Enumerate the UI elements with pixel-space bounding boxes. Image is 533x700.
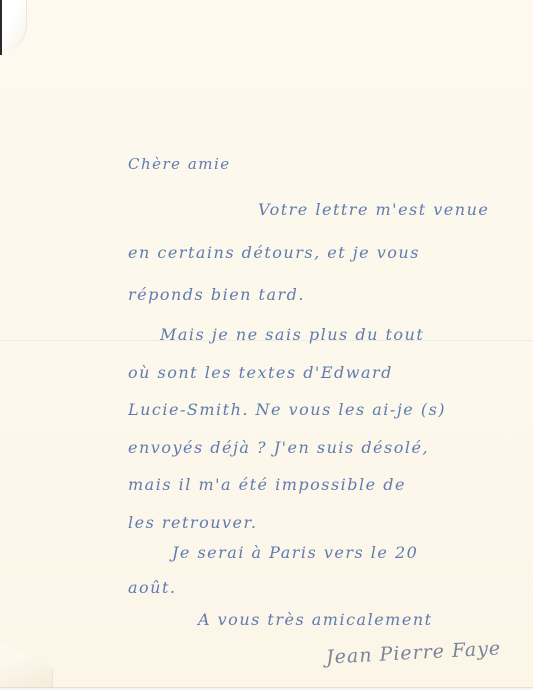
- signature: Jean Pierre Faye: [326, 637, 502, 668]
- closing: A vous très amicalement: [198, 610, 433, 629]
- scan-edge: [0, 0, 2, 55]
- salutation: Chère amie: [128, 155, 231, 173]
- body-line-1: Votre lettre m'est venue: [258, 200, 489, 219]
- letter-sheet: Chère amie Votre lettre m'est venue en c…: [0, 0, 533, 688]
- body-line-4: Mais je ne sais plus du tout: [160, 325, 424, 344]
- body-line-8: mais il m'a été impossible de: [128, 475, 406, 494]
- body-line-5: où sont les textes d'Edward: [128, 363, 393, 382]
- folded-corner: [0, 0, 27, 52]
- body-line-9: les retrouver.: [128, 513, 258, 532]
- body-line-6: Lucie-Smith. Ne vous les ai-je (s): [128, 400, 446, 419]
- body-line-7: envoyés déjà ? J'en suis désolé,: [128, 438, 429, 457]
- body-line-10: Je serai à Paris vers le 20: [172, 543, 418, 562]
- body-line-11: août.: [128, 578, 177, 597]
- bottom-corner-crease: [0, 640, 53, 687]
- body-line-2: en certains détours, et je vous: [128, 243, 420, 262]
- body-line-3: réponds bien tard.: [128, 285, 305, 304]
